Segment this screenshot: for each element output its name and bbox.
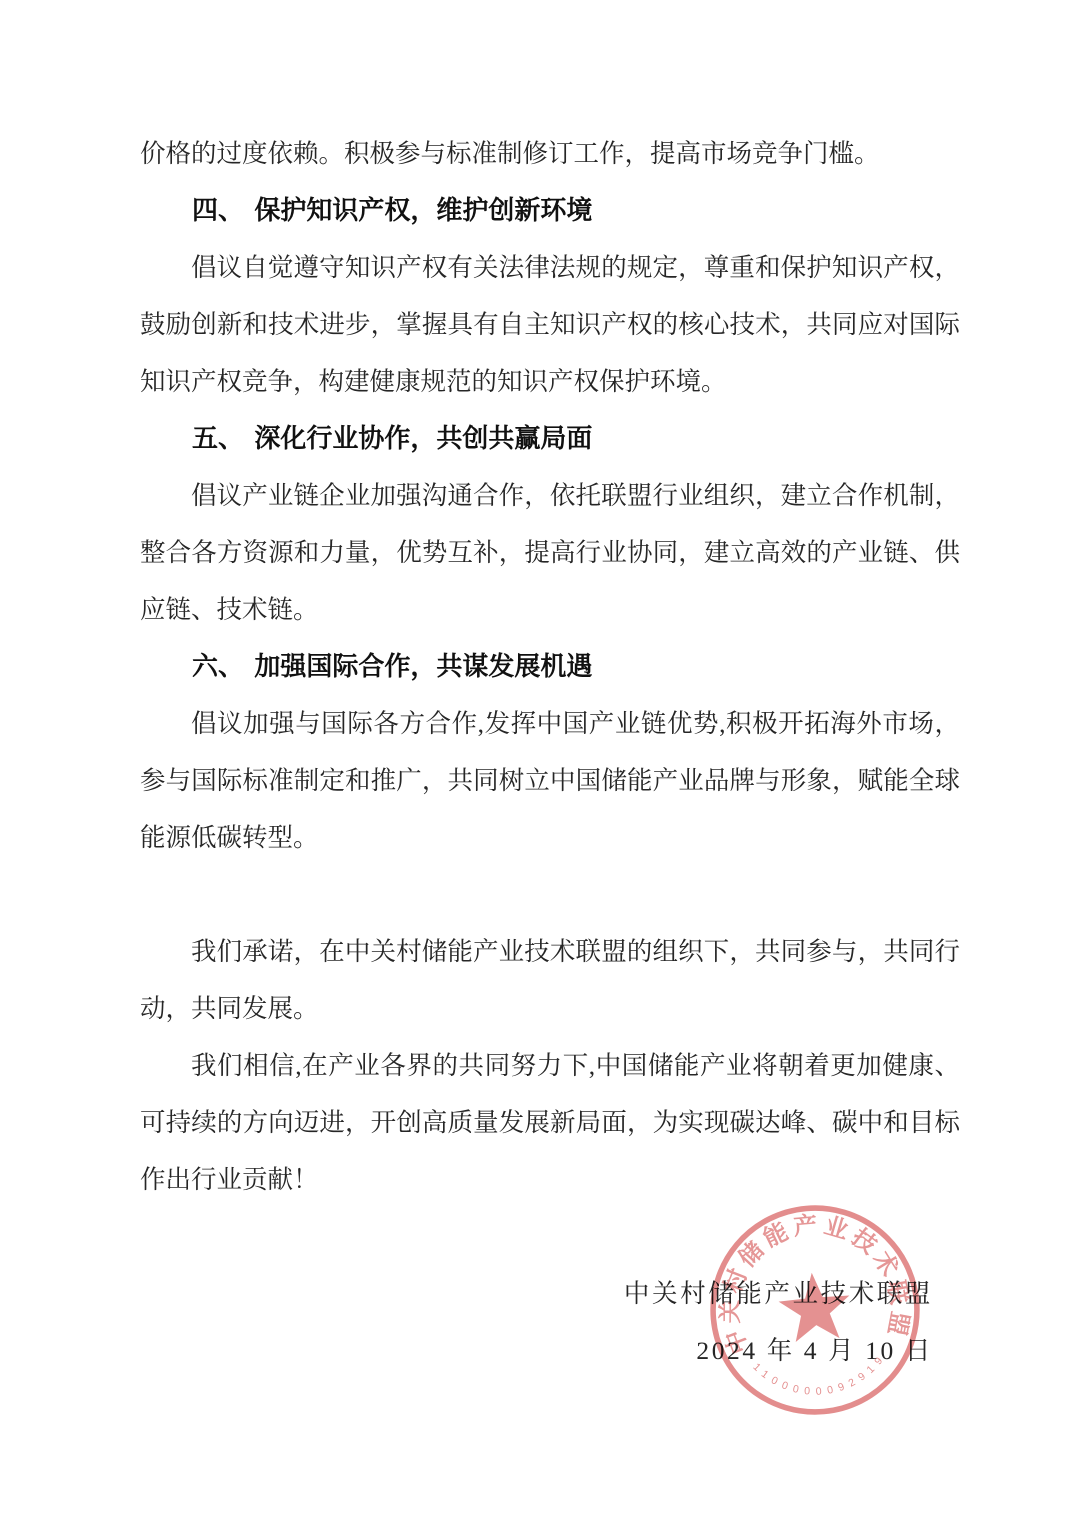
section-title: 深化行业协作，共创共赢局面 xyxy=(254,423,592,453)
section-title: 加强国际合作，共谋发展机遇 xyxy=(254,651,592,681)
section-title: 保护知识产权，维护创新环境 xyxy=(254,195,592,225)
section-heading-6: 六、加强国际合作，共谋发展机遇 xyxy=(140,638,960,695)
signature-organization: 中关村储能产业技术联盟 xyxy=(140,1265,933,1322)
document-body: 价格的过度依赖。积极参与标准制修订工作，提高市场竞争门槛。 四、保护知识产权，维… xyxy=(140,125,960,1379)
signature-block: 中关村储能产业技术联盟 2024 年 4 月 10 日 xyxy=(140,1265,960,1379)
section-number: 四、 xyxy=(192,195,244,225)
section-heading-5: 五、深化行业协作，共创共赢局面 xyxy=(140,410,960,467)
belief-paragraph: 我们相信,在产业各界的共同努力下,中国储能产业将朝着更加健康、可持续的方向迈进，… xyxy=(140,1037,960,1208)
section-heading-4: 四、保护知识产权，维护创新环境 xyxy=(140,182,960,239)
section-body: 倡议产业链企业加强沟通合作，依托联盟行业组织，建立合作机制，整合各方资源和力量，… xyxy=(140,467,960,638)
signature-date: 2024 年 4 月 10 日 xyxy=(140,1322,933,1379)
section-body: 倡议加强与国际各方合作,发挥中国产业链优势,积极开拓海外市场，参与国际标准制定和… xyxy=(140,695,960,866)
document-page: 价格的过度依赖。积极参与标准制修订工作，提高市场竞争门槛。 四、保护知识产权，维… xyxy=(0,0,1080,1527)
section-number: 六、 xyxy=(192,651,244,681)
paragraph-continuation: 价格的过度依赖。积极参与标准制修订工作，提高市场竞争门槛。 xyxy=(140,125,960,182)
section-body: 倡议自觉遵守知识产权有关法律法规的规定，尊重和保护知识产权，鼓励创新和技术进步，… xyxy=(140,239,960,410)
commitment-paragraph: 我们承诺，在中关村储能产业技术联盟的组织下，共同参与，共同行动，共同发展。 xyxy=(140,923,960,1037)
section-number: 五、 xyxy=(192,423,244,453)
